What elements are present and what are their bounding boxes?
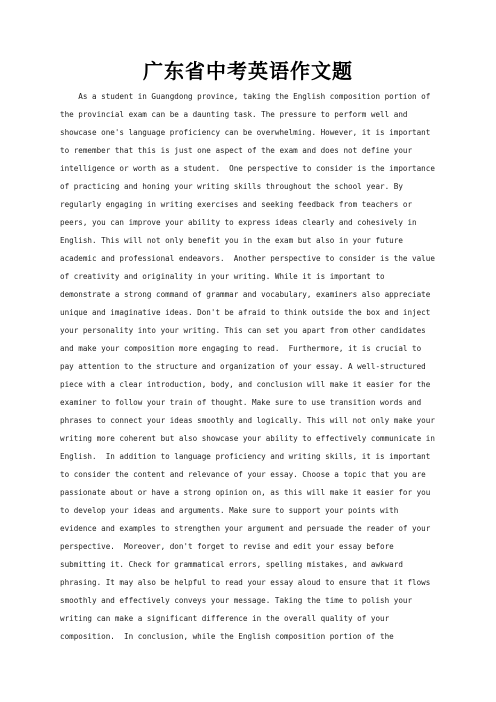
essay-line: intelligence or worth as a student. One … <box>60 160 440 178</box>
essay-line: writing more coherent but also showcase … <box>60 430 440 448</box>
essay-line: of practicing and honing your writing sk… <box>60 178 440 196</box>
essay-body: As a student in Guangdong province, taki… <box>60 88 440 646</box>
essay-line: phrasing. It may also be helpful to read… <box>60 574 440 592</box>
essay-line: evidence and examples to strengthen your… <box>60 520 440 538</box>
essay-line: to remember that this is just one aspect… <box>60 142 440 160</box>
essay-line: showcase one's language proficiency can … <box>60 124 440 142</box>
essay-line: of creativity and originality in your wr… <box>60 268 440 286</box>
essay-line: academic and professional endeavors. Ano… <box>60 250 440 268</box>
document-page: 广东省中考英语作文题 As a student in Guangdong pro… <box>0 0 496 702</box>
essay-line: smoothly and effectively conveys your me… <box>60 592 440 610</box>
essay-line: regularly engaging in writing exercises … <box>60 196 440 214</box>
essay-line: piece with a clear introduction, body, a… <box>60 376 440 394</box>
essay-line: demonstrate a strong command of grammar … <box>60 286 440 304</box>
essay-line: passionate about or have a strong opinio… <box>60 484 440 502</box>
essay-line: As a student in Guangdong province, taki… <box>60 88 440 106</box>
essay-line: English. This will not only benefit you … <box>60 232 440 250</box>
essay-line: your personality into your writing. This… <box>60 322 440 340</box>
essay-line: the provincial exam can be a daunting ta… <box>60 106 440 124</box>
essay-line: English. In addition to language profici… <box>60 448 440 466</box>
document-title: 广东省中考英语作文题 <box>0 55 496 84</box>
essay-line: unique and imaginative ideas. Don't be a… <box>60 304 440 322</box>
essay-line: examiner to follow your train of thought… <box>60 394 440 412</box>
essay-line: phrases to connect your ideas smoothly a… <box>60 412 440 430</box>
essay-line: perspective. Moreover, don't forget to r… <box>60 538 440 556</box>
essay-line: to consider the content and relevance of… <box>60 466 440 484</box>
essay-line: pay attention to the structure and organ… <box>60 358 440 376</box>
essay-line: and make your composition more engaging … <box>60 340 440 358</box>
essay-line: writing can make a significant differenc… <box>60 610 440 628</box>
essay-line: to develop your ideas and arguments. Mak… <box>60 502 440 520</box>
essay-line: peers, you can improve your ability to e… <box>60 214 440 232</box>
essay-line: submitting it. Check for grammatical err… <box>60 556 440 574</box>
essay-line: composition. In conclusion, while the En… <box>60 628 440 646</box>
